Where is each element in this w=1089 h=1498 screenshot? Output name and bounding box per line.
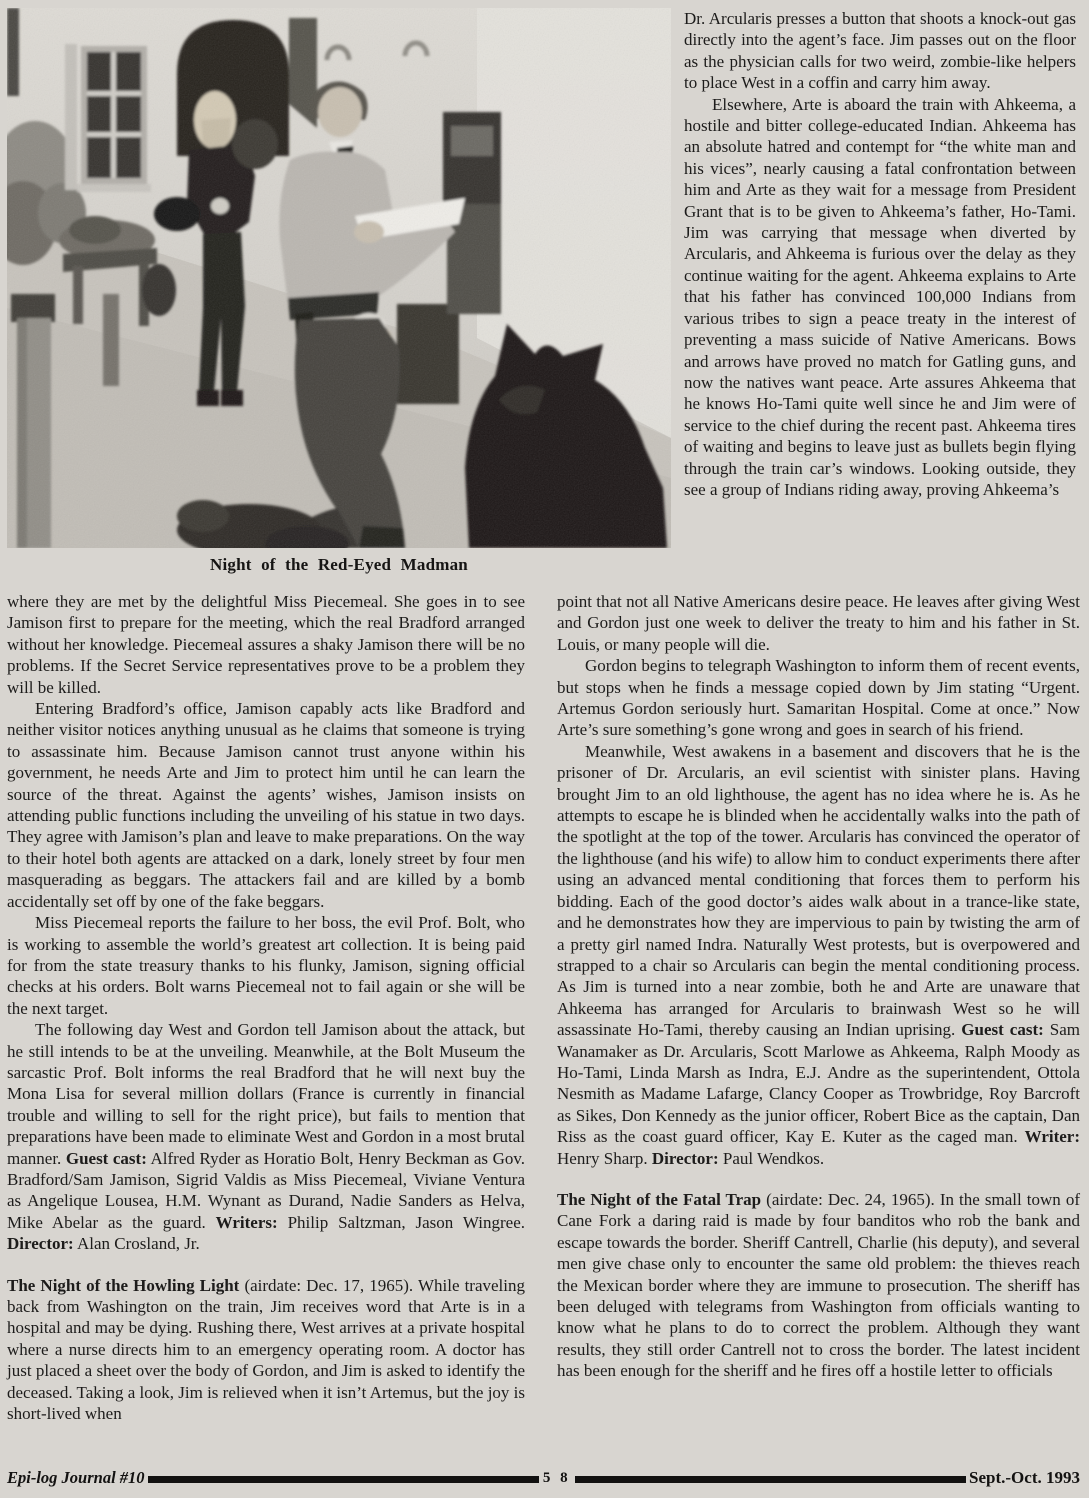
paragraph: Miss Piecemeal reports the failure to he… xyxy=(7,912,525,1019)
column-left: where they are met by the delightful Mis… xyxy=(7,591,525,1424)
episode-photo-figure: Night of the Red-Eyed Madman xyxy=(7,8,671,575)
footer-rule-right xyxy=(575,1476,966,1483)
writers-label: Writers: xyxy=(216,1213,278,1232)
footer-rule-left xyxy=(148,1476,539,1483)
body-text: Alan Crosland, Jr. xyxy=(74,1234,200,1253)
body-text: (airdate: Dec. 24, 1965). In the small t… xyxy=(557,1190,1080,1380)
episode-entry: The Night of the Fatal Trap (airdate: De… xyxy=(557,1189,1080,1382)
body-text: The following day West and Gordon tell J… xyxy=(7,1020,525,1167)
paragraph-continuation: point that not all Native Americans desi… xyxy=(557,591,1080,655)
body-columns: where they are met by the delightful Mis… xyxy=(7,591,1080,1424)
director-label: Director: xyxy=(652,1149,719,1168)
body-text: Meanwhile, West awakens in a basement an… xyxy=(557,742,1080,1039)
episode-title: The Night of the Fatal Trap xyxy=(557,1190,761,1209)
paragraph-continuation: Dr. Arcularis presses a button that shoo… xyxy=(684,8,1076,94)
journal-title: Epi-log Journal #10 xyxy=(7,1468,145,1488)
writer-label: Writer: xyxy=(1025,1127,1080,1146)
guest-cast-label: Guest cast: xyxy=(961,1020,1043,1039)
paragraph: Entering Bradford’s office, Jamison capa… xyxy=(7,698,525,912)
photo-illustration xyxy=(7,8,671,548)
guest-cast-label: Guest cast: xyxy=(66,1149,147,1168)
paragraph-with-credits: Meanwhile, West awakens in a basement an… xyxy=(557,741,1080,1169)
paragraph: Gordon begins to telegraph Washington to… xyxy=(557,655,1080,741)
body-text: Philip Saltzman, Jason Wingree. xyxy=(278,1213,525,1232)
magazine-page: Night of the Red-Eyed Madman Dr. Arcular… xyxy=(0,0,1089,1498)
episode-title: The Night of the Howling Light xyxy=(7,1276,239,1295)
paragraph: Elsewhere, Arte is aboard the train with… xyxy=(684,94,1076,501)
director-label: Director: xyxy=(7,1234,74,1253)
episode-photo xyxy=(7,8,671,548)
body-text: (airdate: Dec. 17, 1965). While travelin… xyxy=(7,1276,525,1423)
column-right: point that not all Native Americans desi… xyxy=(557,591,1080,1424)
top-section: Night of the Red-Eyed Madman Dr. Arcular… xyxy=(7,8,1080,575)
issue-date: Sept.-Oct. 1993 xyxy=(969,1468,1080,1488)
paragraph-with-credits: The following day West and Gordon tell J… xyxy=(7,1019,525,1254)
body-text: Henry Sharp. xyxy=(557,1149,652,1168)
page-footer: Epi-log Journal #10 5 8 Sept.-Oct. 1993 xyxy=(7,1464,1080,1488)
page-number: 5 8 xyxy=(543,1470,571,1487)
column-top-right: Dr. Arcularis presses a button that shoo… xyxy=(684,8,1076,500)
episode-entry: The Night of the Howling Light (airdate:… xyxy=(7,1275,525,1425)
photo-caption: Night of the Red-Eyed Madman xyxy=(7,555,671,575)
paragraph-continuation: where they are met by the delightful Mis… xyxy=(7,591,525,698)
body-text: Paul Wendkos. xyxy=(719,1149,825,1168)
